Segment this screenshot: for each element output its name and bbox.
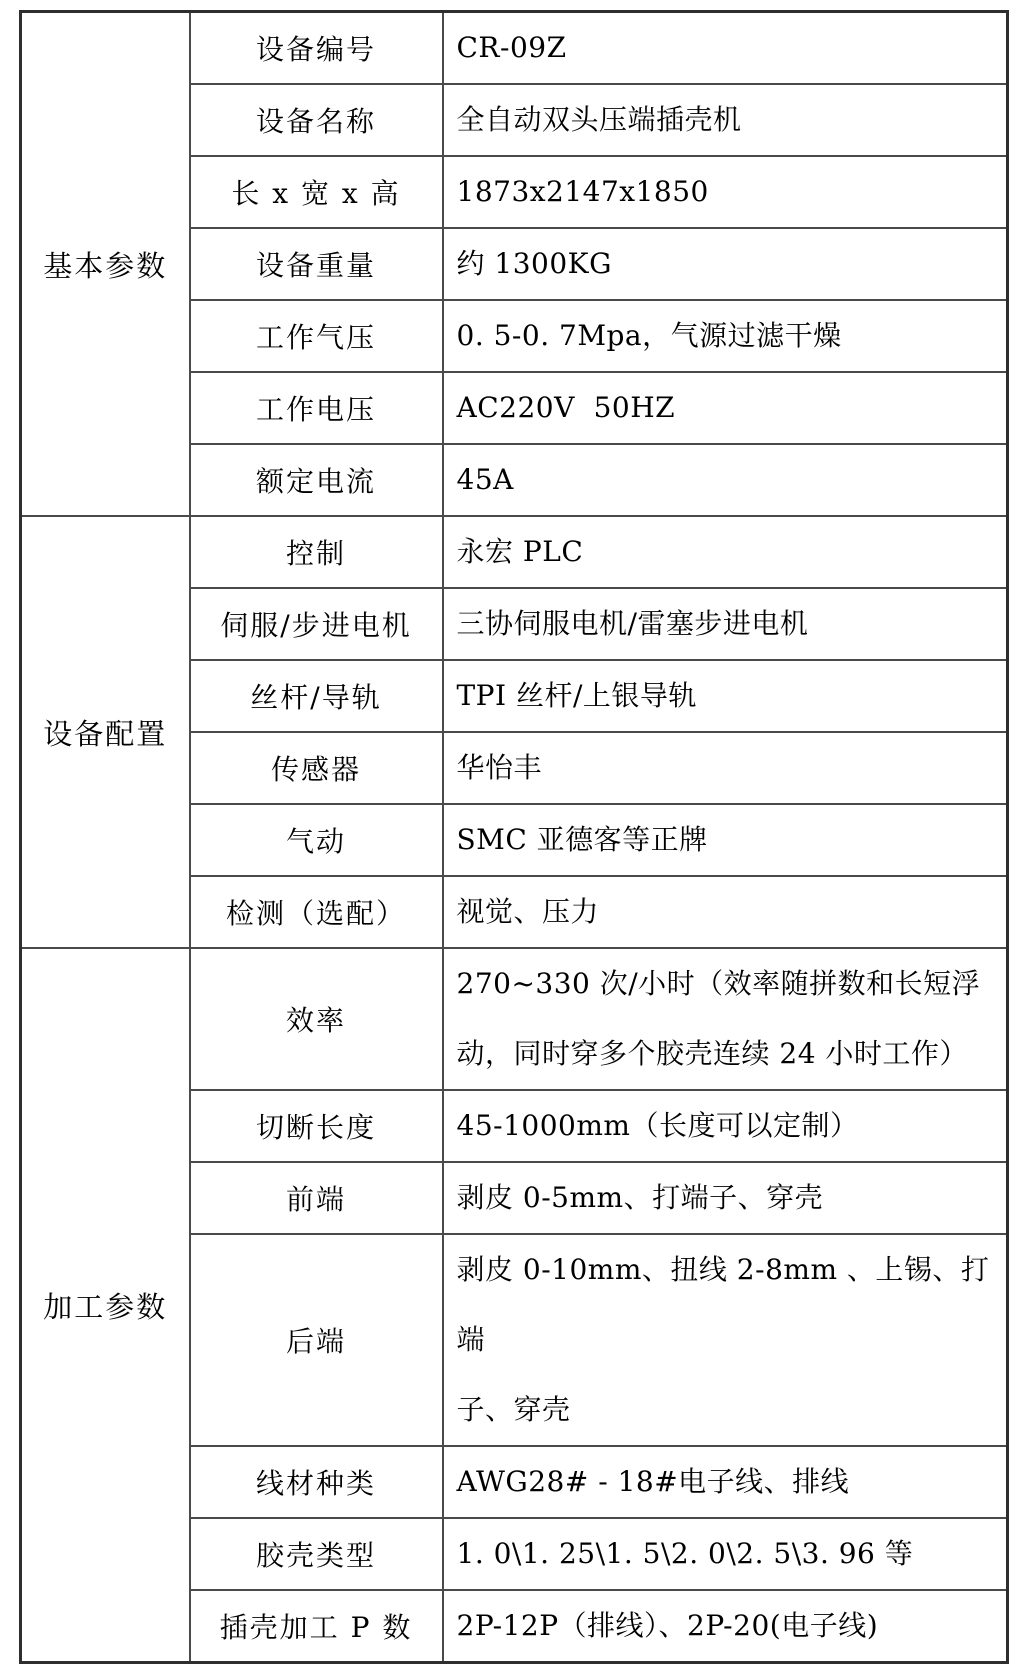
- param-value-cell: 约 1300KG: [443, 228, 1008, 300]
- param-value-cell: TPI 丝杆/上银导轨: [443, 660, 1008, 732]
- param-label-cell: 线材种类: [190, 1446, 443, 1518]
- param-value-cell: AWG28# - 18#电子线、排线: [443, 1446, 1008, 1518]
- param-value-cell: 视觉、压力: [443, 876, 1008, 948]
- param-label-cell: 控制: [190, 516, 443, 588]
- param-label-cell: 伺服/步进电机: [190, 588, 443, 660]
- param-value-cell: SMC 亚德客等正牌: [443, 804, 1008, 876]
- category-cell-basic-params: 基本参数: [21, 12, 190, 517]
- param-value-cell: CR-09Z: [443, 12, 1008, 85]
- spec-table: 基本参数 设备编号 CR-09Z 设备名称 全自动双头压端插壳机 长 x 宽 x…: [19, 10, 1009, 1664]
- param-label-cell: 设备重量: [190, 228, 443, 300]
- page: 基本参数 设备编号 CR-09Z 设备名称 全自动双头压端插壳机 长 x 宽 x…: [0, 0, 1026, 1567]
- param-value-cell: 1873x2147x1850: [443, 156, 1008, 228]
- param-label-cell: 检测（选配）: [190, 876, 443, 948]
- param-value-cell: 1. 0\1. 25\1. 5\2. 0\2. 5\3. 96 等: [443, 1518, 1008, 1590]
- param-value-cell: 永宏 PLC: [443, 516, 1008, 588]
- param-value-cell: 三协伺服电机/雷塞步进电机: [443, 588, 1008, 660]
- param-label-cell: 额定电流: [190, 444, 443, 516]
- param-label-cell: 设备名称: [190, 84, 443, 156]
- param-label-cell: 长 x 宽 x 高: [190, 156, 443, 228]
- param-value-cell: 45A: [443, 444, 1008, 516]
- param-label-cell: 传感器: [190, 732, 443, 804]
- param-label-cell: 插壳加工 P 数: [190, 1590, 443, 1663]
- param-label-cell: 气动: [190, 804, 443, 876]
- param-value-cell: 剥皮 0-10mm、扭线 2-8mm 、上锡、打端 子、穿壳: [443, 1234, 1008, 1446]
- param-label-cell: 胶壳类型: [190, 1518, 443, 1590]
- param-value-cell: 270~330 次/小时（效率随拼数和长短浮 动，同时穿多个胶壳连续 24 小时…: [443, 948, 1008, 1090]
- param-value-cell: 0. 5-0. 7Mpa，气源过滤干燥: [443, 300, 1008, 372]
- param-value-cell: 剥皮 0-5mm、打端子、穿壳: [443, 1162, 1008, 1234]
- param-label-cell: 后端: [190, 1234, 443, 1446]
- table-row: 加工参数 效率 270~330 次/小时（效率随拼数和长短浮 动，同时穿多个胶壳…: [21, 948, 1008, 1090]
- table-row: 基本参数 设备编号 CR-09Z: [21, 12, 1008, 85]
- category-cell-device-config: 设备配置: [21, 516, 190, 948]
- param-value-cell: AC220V 50HZ: [443, 372, 1008, 444]
- param-label-cell: 工作气压: [190, 300, 443, 372]
- param-label-cell: 丝杆/导轨: [190, 660, 443, 732]
- param-label-cell: 工作电压: [190, 372, 443, 444]
- param-label-cell: 前端: [190, 1162, 443, 1234]
- param-value-cell: 45-1000mm（长度可以定制）: [443, 1090, 1008, 1162]
- param-value-cell: 2P-12P（排线）、2P-20(电子线): [443, 1590, 1008, 1663]
- param-value-cell: 华怡丰: [443, 732, 1008, 804]
- table-row: 设备配置 控制 永宏 PLC: [21, 516, 1008, 588]
- param-label-cell: 切断长度: [190, 1090, 443, 1162]
- param-label-cell: 设备编号: [190, 12, 443, 85]
- category-cell-processing-params: 加工参数: [21, 948, 190, 1663]
- param-value-cell: 全自动双头压端插壳机: [443, 84, 1008, 156]
- param-label-cell: 效率: [190, 948, 443, 1090]
